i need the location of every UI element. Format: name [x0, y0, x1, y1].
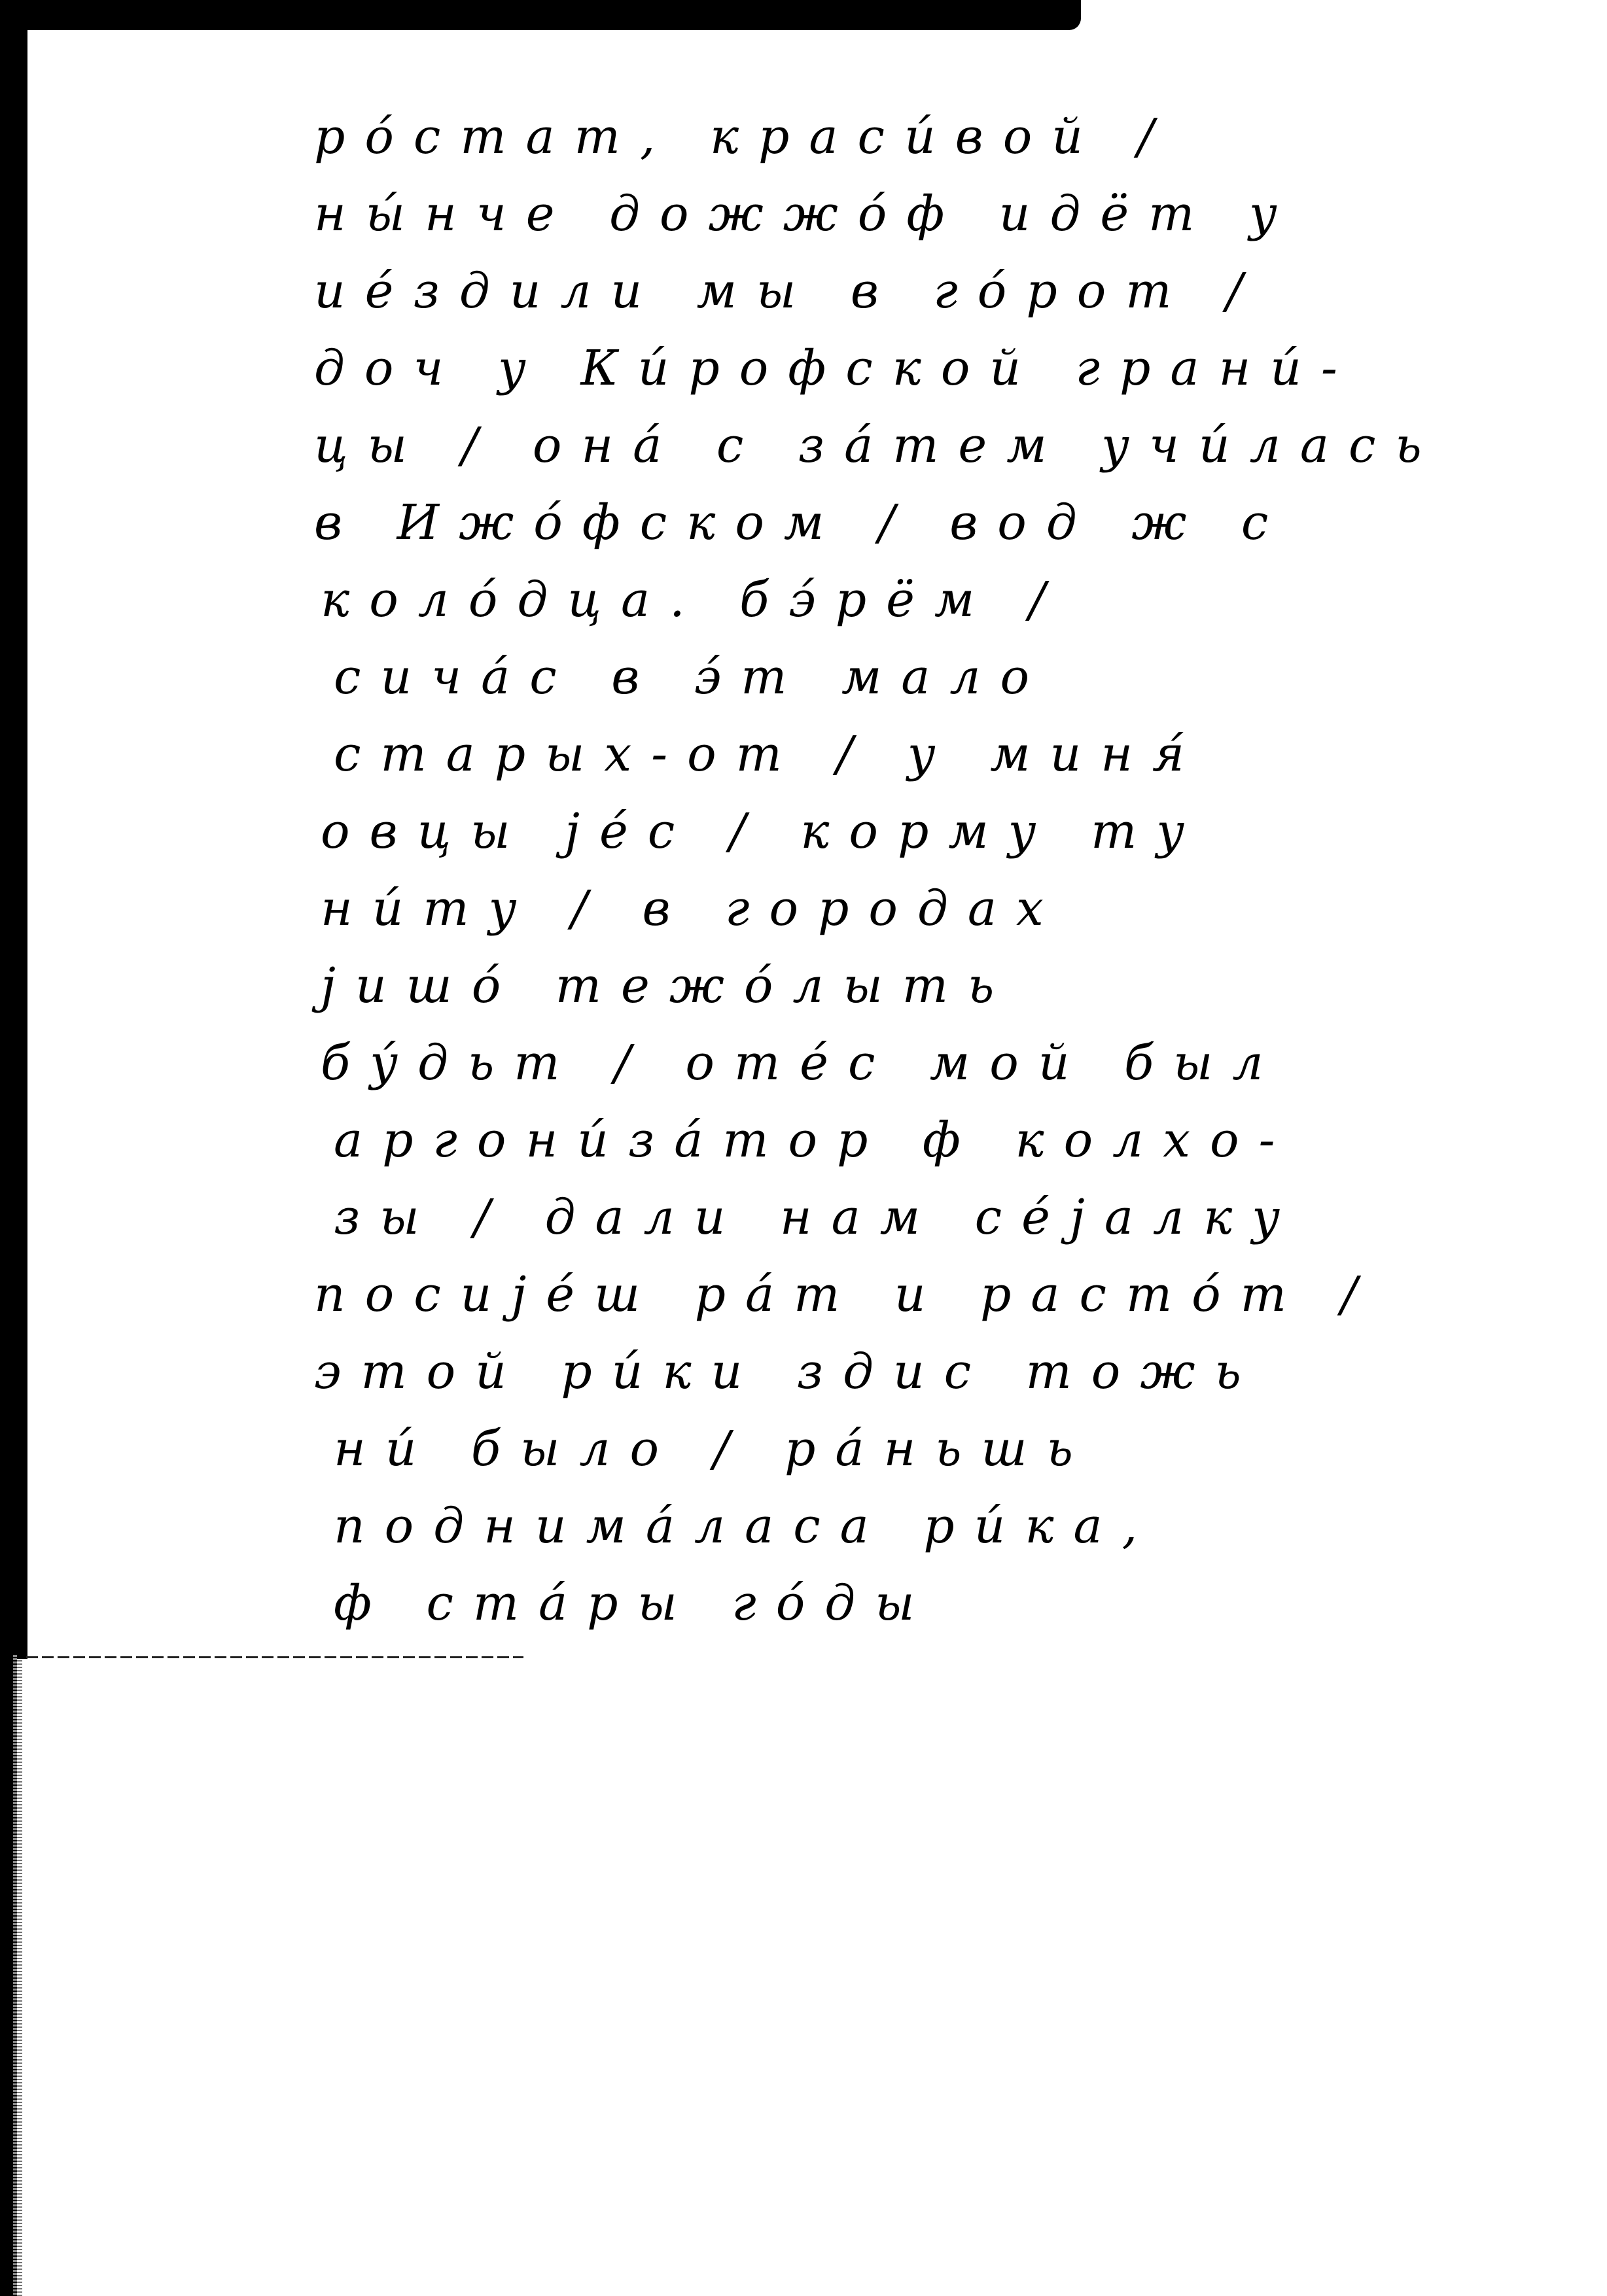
handwritten-line: поднима́лаcа ри́ка, [314, 1487, 1243, 1565]
handwritten-line: овцы је́с / корму ту [314, 793, 1243, 870]
handwritten-line: ни́ было / ра́ньшь [314, 1410, 1243, 1487]
handwritten-line: зы / дали нам се́јалку [314, 1179, 1243, 1256]
handwritten-line: коло́дца. бэ́рём / [314, 561, 1243, 638]
scan-left-noise [13, 1655, 22, 2296]
handwritten-line: посије́ш ра́т и расто́т / [314, 1256, 1243, 1333]
handwritten-line: этой ри́ки здис тожь [314, 1333, 1243, 1410]
handwritten-line: ие́здили мы в го́рот / [314, 252, 1243, 330]
handwritten-line: цы / она́ с за́тем учи́лась [314, 407, 1243, 484]
handwritten-line: сича́с в э́т мало [314, 638, 1243, 716]
handwritten-line: доч у Ки́рофской грани́- [314, 330, 1243, 407]
handwritten-line: в Ижо́фском / вод ж с [314, 484, 1243, 561]
handwritten-line: ни́ту / в городах [314, 870, 1243, 947]
handwritten-line: ф ста́ры го́ды [314, 1565, 1243, 1642]
handwritten-line: старых-от / у миня́ [314, 716, 1243, 793]
handwritten-line: бу́дьт / оте́с мой был [314, 1024, 1243, 1102]
scan-top-dark-bar [0, 0, 1081, 30]
notebook-page-bottom-edge [26, 1656, 523, 1658]
handwritten-line: ро́стат, краси́вой / [314, 98, 1243, 175]
handwritten-line: аргони́за́тор ф колхо- [314, 1102, 1243, 1179]
notebook-page-left-border [17, 30, 27, 1659]
handwritten-line: ны́нче дожжо́ф идёт у [314, 175, 1243, 252]
handwritten-text-block: ро́стат, краси́вой / ны́нче дожжо́ф идёт… [314, 98, 1243, 1642]
handwritten-line: јишо́ тежо́лыть [314, 947, 1243, 1024]
